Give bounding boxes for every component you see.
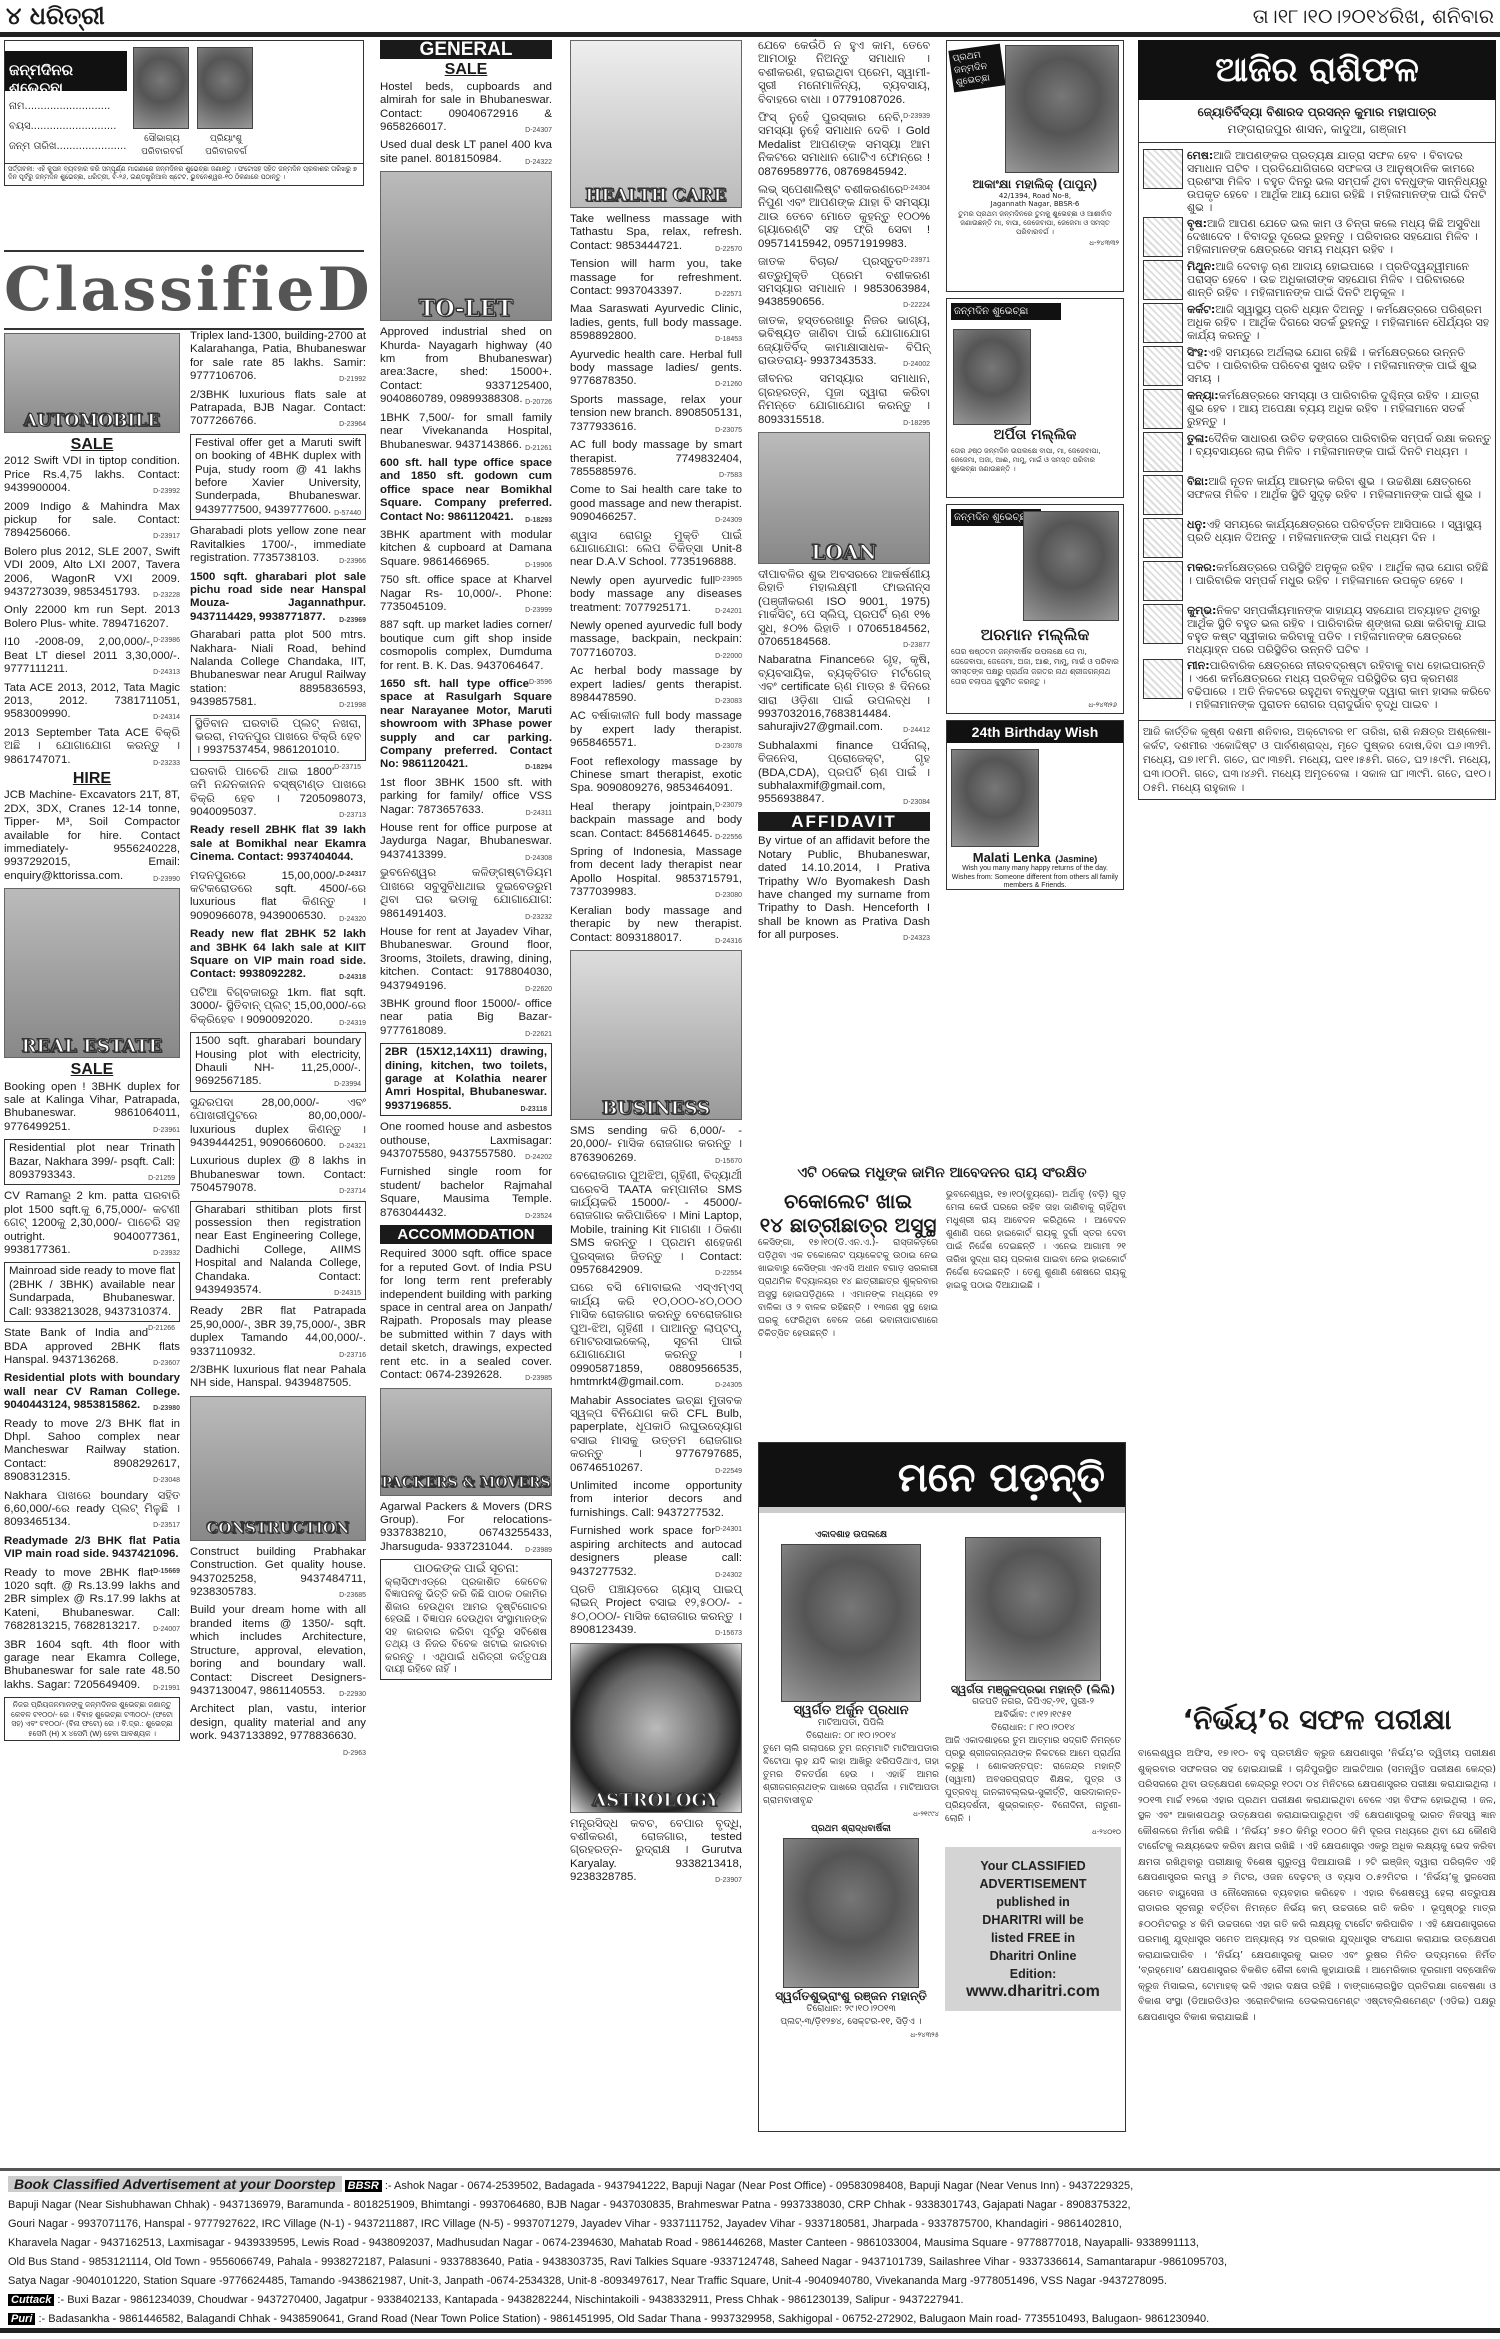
classified-ad: Ready to move 2/3 BHK flat in Dhpl. Saho… xyxy=(4,1418,180,1485)
classified-ad: Newly opened ayurvedic full body massage… xyxy=(570,620,742,660)
malati-heading: 24th Birthday Wish xyxy=(947,721,1123,743)
column-birthdays: ପ୍ରଥମ ଜନ୍ମଦିନ ଶୁଭେଚ୍ଛା ଆକାଂକ୍ଷା ମହାଲିକ୍ … xyxy=(946,40,1124,890)
ad-code: D-22554 xyxy=(715,1267,742,1280)
horoscope-section: ଆଜିର ରାଶିଫଳ ଜ୍ୟୋତିର୍ବିଦ୍ୟା ବିଶାରଦ ପ୍ରସନ୍… xyxy=(1138,40,1496,800)
rashi-text: ନିକଟ ସମ୍ପର୍କୀୟମାନଙ୍କ ସାହାଯ୍ୟ ସହଯୋଗ ଅବ୍ୟା… xyxy=(1187,604,1486,656)
madhu-bail-body: ଭୁବନେଶ୍ୱର, ୧୭।୧୦(ବ୍ୟୁରୋ)- ଅର୍ଥାବୃ (ବଡ଼ି)… xyxy=(946,1189,1126,1341)
ad-code: D-18453 xyxy=(715,333,742,346)
classified-ad: SMS sending କରି 6,000/- - 20,000/- ମାସିକ… xyxy=(570,1125,742,1165)
ad-code: D-21992 xyxy=(339,373,366,386)
obit-3-name: ସ୍ୱର୍ଗତଶୁଭ୍ରାଂଶୁ ରଞ୍ଜନ ମହାନ୍ତି xyxy=(763,1990,939,2003)
zodiac-sign-icon xyxy=(1143,475,1183,515)
zodiac-sign-icon xyxy=(1143,604,1183,644)
chocolate-body: କେସିଙ୍ଗା, ୧୭।୧୦(ଡି.ଏନ.ଏ.)- ରାସ୍ତାକଡ଼ରେ ପ… xyxy=(758,1237,938,1341)
classified-ad: Bolero plus 2012, SLE 2007, Swift VDI 20… xyxy=(4,546,180,600)
classified-ad: ବେରୋଜଗାର ପୁଅଝିଅ, ଗୃହିଣୀ, ବିଦ୍ୟାର୍ଥୀ ଘରେବ… xyxy=(570,1170,742,1277)
rashi-name: ଧନୁ: xyxy=(1187,518,1206,531)
zodiac-sign-icon xyxy=(1143,260,1183,300)
column-loan-affidavit: ଯେବେ କେଉଁଠି ନ ହୁଏ କାମ, ତେବେ ଆମଠାରୁ ନିଅନ୍… xyxy=(758,40,930,948)
realestate-banner-label: REAL ESTATE xyxy=(5,1040,179,1053)
classified-ad: 3BHK ground floor 15000/- office near pa… xyxy=(380,998,552,1038)
ad-code: D-24319 xyxy=(339,1017,366,1030)
ad-code: D-24314 xyxy=(153,711,180,724)
ad-text: ଶ୍ୱାସ ରୋଗରୁ ମୁକ୍ତି ପାଇଁ ଯୋଗାଯୋଗ: ଲେପ ଚିକ… xyxy=(570,530,742,569)
rashi-text: ଆଜି ଆପଣ ଯେତେ ଭଲ କାମ ଓ ଚିନ୍ତା କଲେ ମଧ୍ୟ କି… xyxy=(1187,217,1480,256)
header-rule xyxy=(0,32,1500,37)
ad-text: JCB Machine- Excavators 21T, 8T, 2DX, 3D… xyxy=(4,789,180,881)
rashi-item: ବିଛା:ଆଜି ନୂତନ କାର୍ଯ୍ୟ ଆରମ୍ଭ କରିବା ଶୁଭ । … xyxy=(1143,475,1491,515)
ad-text: ଦୀପାବଳିର ଶୁଭ ଅବସରରେ ଆକର୍ଷଣୀୟ ରିହାତି ମହାଲ… xyxy=(758,569,930,648)
ad-text: Architect plan, vastu, interior design, … xyxy=(190,1703,366,1742)
classified-ad: ଦୀପାବଳିର ଶୁଭ ଅବସରରେ ଆକର୍ଷଣୀୟ ରିହାତି ମହାଲ… xyxy=(758,569,930,649)
ad-code: D-24316 xyxy=(715,935,742,948)
bbsr-line: Ashok Nagar - 0674-2539502, Badagada - 9… xyxy=(394,2180,1133,2192)
astrology-banner-image: ASTROLOGY xyxy=(570,1643,742,1813)
ad-code: D-15673 xyxy=(715,1627,742,1640)
classified-ad: Construct building Prabhakar Constructio… xyxy=(190,1546,366,1600)
obit-2-birth: ଆବିର୍ଭାବ: ୯।୧୨।୧୯୫୧ xyxy=(945,1709,1121,1722)
rashi-item: ମୀନ:ପାରିବାରିକ କ୍ଷେତ୍ରରେ ନୀରବଦ୍ରଷ୍ଟା ରହିବ… xyxy=(1143,659,1491,711)
ad-text: Festival offer get a Maruti swift on boo… xyxy=(195,437,361,516)
birthday-card-arpita-tag: ଜନ୍ମଦିନ ଶୁଭେଚ୍ଛା xyxy=(951,303,1061,320)
classified-ad: Tata ACE 2013, 2012, Tata Magic 2013, 20… xyxy=(4,682,180,722)
malati-photo xyxy=(951,749,1039,847)
obit-2-photo xyxy=(965,1537,1101,1681)
classified-ad: Foot reflexology massage by Chinese smar… xyxy=(570,756,742,796)
malati-name: Malati Lenka xyxy=(973,850,1051,865)
classified-ad: 2/3BHK luxurious flats sale at Patrapada… xyxy=(190,389,366,429)
rashi-text: କର୍ମକ୍ଷେତ୍ରରେ ପରିସ୍ଥିତି ଅନୁକୂଳ ରହିବ । ଆର… xyxy=(1187,561,1488,587)
birthday-coupon: ଜନ୍ମଦିନର ଶୁଭେଚ୍ଛା ନାମ...................… xyxy=(4,40,364,186)
realestate-sale-heading: SALE xyxy=(4,1063,180,1076)
classified-ad: 1st floor 3BHK 1500 sft. with parking fo… xyxy=(380,777,552,817)
classified-ad: Used dual desk LT panel 400 kva site pan… xyxy=(380,139,552,166)
zodiac-sign-icon xyxy=(1143,518,1183,558)
promo-line: Your CLASSIFIED xyxy=(949,1857,1117,1875)
ad-code: D-23964 xyxy=(339,418,366,431)
classified-ad: 2BR (15X12,14X11) drawing, dining, kitch… xyxy=(380,1043,552,1116)
puri-line: Badasankha - 9861446582, Balagandi Chhak… xyxy=(48,2313,1209,2325)
ad-code: D-19906 xyxy=(525,559,552,572)
tolet-banner-image: TO-LET xyxy=(380,171,552,321)
ad-code: D-22930 xyxy=(339,1688,366,1701)
column-general: GENERAL SALE Hostel beds, cupboards and … xyxy=(380,40,552,1685)
classified-ad: Luxurious duplex @ 8 lakhs in Bhubaneswa… xyxy=(190,1155,366,1195)
cuttack-line: Buxi Bazar - 9861234039, Choudwar - 9437… xyxy=(67,2294,963,2306)
column-health-business: HEALTH CARE Take wellness massage with T… xyxy=(570,40,742,1890)
ad-code: D-23932 xyxy=(153,1247,180,1260)
ad-code: D-18295 xyxy=(903,417,930,430)
birthday-card-malati: 24th Birthday Wish Malati Lenka (Jasmine… xyxy=(946,720,1124,890)
obit-1-code: ଧ-୨୧୯୯୪ xyxy=(763,1808,939,1821)
first-birthday-address-2: Jagannath Nagar, BBSR-6 xyxy=(947,200,1123,208)
ad-code: D-21991 xyxy=(153,1682,180,1695)
ad-text: Nabaratna Financeରେ ଗୃହ, କୃଷି, ବ୍ୟବସାୟିକ… xyxy=(758,654,930,733)
rashi-text: ଦୈନିକ ସାଧାରଣ ଉଚିତ ଢଙ୍ଗରେ ପାରିବାରିକ ସମ୍ପର… xyxy=(1187,432,1491,458)
bbsr-line: Gouri Nagar - 9937071176, Hanspal - 9777… xyxy=(8,2215,1492,2234)
construction-banner-image: CONSTRUCTION xyxy=(190,1396,366,1541)
ad-code: D-23716 xyxy=(339,1349,366,1362)
ad-code: D-24311 xyxy=(526,807,552,820)
classified-ad: ଜୀବନର ସମସ୍ୟାର ସମାଧାନ, ଗ୍ରହରତ୍ନ, ପୂଜା ଦ୍ୱ… xyxy=(758,373,930,427)
promo-line: DHARITRI will be xyxy=(949,1911,1117,1929)
ad-code: D-23078 xyxy=(715,740,742,753)
classified-ad: Festival offer get a Maruti swift on boo… xyxy=(190,434,366,520)
ad-code: D-22000 xyxy=(715,650,742,663)
ad-code: D-23961 xyxy=(153,1124,180,1137)
rashi-item: କୁମ୍ଭ:ନିକଟ ସମ୍ପର୍କୀୟମାନଙ୍କ ସାହାଯ୍ୟ ସହଯୋଗ… xyxy=(1143,604,1491,656)
ad-code: D-23986 xyxy=(153,634,180,647)
loan-banner-label: LOAN xyxy=(759,546,929,559)
ad-code: D-23118 xyxy=(521,1103,547,1116)
classified-logo: ClassifieD xyxy=(4,250,364,330)
first-birthday-card: ପ୍ରଥମ ଜନ୍ମଦିନ ଶୁଭେଚ୍ଛା ଆକାଂକ୍ଷା ମହାଲିକ୍ … xyxy=(946,40,1124,292)
classified-ad: 1BHK 7,500/- for small family near Vivek… xyxy=(380,412,552,452)
classified-ad: Hostel beds, cupboards and almirah for s… xyxy=(380,81,552,135)
classified-ad: Subhalaxmi finance ପର୍ସନାଲ୍, ବିଜନେସ, ପ୍ର… xyxy=(758,740,930,807)
rashi-name: ତୁଳା: xyxy=(1187,432,1209,445)
date-line: ତା।୧୮।୧୦।୨୦୧୪ରିଖ, ଶନିବାର xyxy=(1253,4,1494,28)
classified-ad: 3BR 1604 sqft. 4th floor with garage nea… xyxy=(4,1639,180,1693)
packers-banner-label: PACKERS & MOVERS xyxy=(381,1477,551,1490)
automobile-banner-label: AUTOMOBILE xyxy=(5,415,179,428)
promo-line: Dharitri Online xyxy=(949,1947,1117,1965)
classified-ad: 887 sqft. up market ladies corner/ bouti… xyxy=(380,619,552,673)
ad-code: D-24315 xyxy=(334,1287,361,1300)
ad-code: D-23917 xyxy=(153,530,180,543)
classified-ad: Ready new flat 2BHK 52 lakh and 3BHK 64 … xyxy=(190,928,366,982)
ad-code: D-24323 xyxy=(903,932,930,945)
ad-text: AC full body massage by smart therapist.… xyxy=(570,439,742,478)
classified-ad: Spring of Indonesia, Massage from decent… xyxy=(570,846,742,900)
ad-text: 887 sqft. up market ladies corner/ bouti… xyxy=(380,619,552,671)
classified-ad: 2/3BHK luxurious flat near Pahala NH sid… xyxy=(190,1364,366,1391)
classified-ad: Mahabir Associates ଇଚ୍ଛା ମୁତାବକ ସ୍ୱଳ୍ପ ବ… xyxy=(570,1395,742,1475)
ad-code: D-23079 xyxy=(715,799,742,812)
ad-code: D-21998 xyxy=(339,699,366,712)
ad-code: D-23083 xyxy=(715,695,742,708)
ad-code: D-24304 xyxy=(903,182,930,195)
ad-text: Ready resell 2BHK flat 39 lakh sale at B… xyxy=(190,824,366,863)
classified-ad: ସୁନ୍ଦରପଦା 28,00,000/- ଏବଂ ପୋଖରୀପୁଟରେ 80,… xyxy=(190,1097,366,1151)
classified-ad: 600 sft. hall type office space and 1850… xyxy=(380,457,552,524)
business-banner-image: BUSINESS xyxy=(570,950,742,1120)
rashi-name: କୁମ୍ଭ: xyxy=(1187,604,1216,617)
ad-code: D-15669 xyxy=(153,1565,180,1578)
zodiac-sign-icon xyxy=(1143,217,1183,257)
ad-code: D-22620 xyxy=(525,983,552,996)
classified-ad: Readymade 2/3 BHK flat Patia VIP main ro… xyxy=(4,1535,180,1562)
ad-code: D-23980 xyxy=(153,1402,180,1415)
classified-ad: Tension will harm you, take massage for … xyxy=(570,258,742,298)
rashi-name: ବିଛା: xyxy=(1187,475,1208,488)
rashi-name: କର୍କଟ: xyxy=(1187,303,1215,316)
classified-ad: ଶ୍ୱାସ ରୋଗରୁ ମୁକ୍ତି ପାଇଁ ଯୋଗାଯୋଗ: ଲେପ ଚିକ… xyxy=(570,530,742,570)
obit-3-code: ଧ-୨୪୩୨୫ xyxy=(763,2029,939,2042)
obit-1-name: ସ୍ୱର୍ଗତ ଅର୍ଜୁନ ପ୍ରଧାନ xyxy=(763,1704,939,1717)
reader-notice-body: କ୍ଲାସିଫାଏଡ୍‌ରେ ପ୍ରକାଶିତ କେତେକ ବିଜ୍ଞାପନକୁ… xyxy=(385,1577,547,1677)
rashi-item: ତୁଳା:ଦୈନିକ ସାଧାରଣ ଉଚିତ ଢଙ୍ଗରେ ପାରିବାରିକ … xyxy=(1143,432,1491,472)
bbsr-line: Satya Nagar -9040101220, Station Square … xyxy=(8,2272,1492,2291)
ad-code: D-3596 xyxy=(529,676,552,689)
arpita-photo xyxy=(953,329,1031,425)
classified-ad: 2012 Swift VDI in tiptop condition. Pric… xyxy=(4,455,180,495)
ad-code: D-24202 xyxy=(525,1151,552,1164)
coupon-dob-field[interactable]: ଜନ୍ମ ତାରିଖ...................... xyxy=(9,137,126,157)
classified-ad: ଘରେ ବସି ମୋବାଇଲ ଏସ୍ଏମ୍ଏସ୍ କାର୍ଯ୍ୟ କରି ୧୦,… xyxy=(570,1282,742,1389)
promo-line: Edition: xyxy=(949,1965,1117,1983)
coupon-name-field[interactable]: ନାମ........................... xyxy=(9,97,126,117)
chocolate-headline-1: ଚକୋଲେଟ ଖାଇ xyxy=(758,1189,938,1213)
footer-rule xyxy=(0,2328,1500,2333)
ad-code: D-23966 xyxy=(339,555,366,568)
ad-code: D-23969 xyxy=(339,614,366,627)
classified-ad: AC ବର୍ଷାକାଳୀନ full body massage by exper… xyxy=(570,710,742,750)
classified-ad: Only 22000 km run Sept. 2013 Bolero Plus… xyxy=(4,604,180,631)
rashi-name: ମେଷ: xyxy=(1187,149,1213,162)
malati-nickname: (Jasmine) xyxy=(1055,854,1097,864)
ad-code: D-24313 xyxy=(153,666,180,679)
arman-photo xyxy=(1023,511,1119,621)
ad-code: D-23965 xyxy=(715,573,742,586)
ad-text: ସ୍ଥିତିବାନ ଘରବାରି ପ୍ଲଟ୍ ନଖରା, ଭରରା, ମଦନପୁ… xyxy=(195,718,361,757)
ad-code: D-23985 xyxy=(525,1372,552,1385)
arpita-message: ତୋର ୬ଷ୍ଠ ଜନ୍ମଦିନ ଉପଲକ୍ଷେ ବାପା, ମା, ଜେଜେବ… xyxy=(951,447,1119,474)
classified-ad: Mainroad side ready to move flat (2BHK /… xyxy=(4,1262,180,1322)
obit-2-name: ସ୍ୱର୍ଗତା ମଞ୍ଜୁଳପ୍ରଭା ମହାନ୍ତି (ଲିଲି) xyxy=(945,1683,1121,1696)
ad-text: ବେରୋଜଗାର ପୁଅଝିଅ, ଗୃହିଣୀ, ବିଦ୍ୟାର୍ଥୀ ଘରେବ… xyxy=(570,1170,742,1276)
coupon-age-field[interactable]: ବୟସ........................... xyxy=(9,117,126,137)
classified-ad: Triplex land-1300, building-2700 at Kala… xyxy=(190,330,366,384)
ad-code: D-23992 xyxy=(153,485,180,498)
horoscope-title: ଆଜିର ରାଶିଫଳ xyxy=(1138,40,1496,100)
rashi-item: ଧନୁ:ଏହି ସମୟରେ କାର୍ଯ୍ୟକ୍ଷେତ୍ରରେ ପରିବର୍ତ୍ତ… xyxy=(1143,518,1491,558)
online-promo-box: Your CLASSIFIED ADVERTISEMENT published … xyxy=(945,1847,1121,2011)
classified-ad: 1650 sft. hall type office space at Rasu… xyxy=(380,678,552,772)
ad-code: D-2963 xyxy=(343,1747,366,1760)
construction-banner-label: CONSTRUCTION xyxy=(191,1522,365,1535)
classified-ad: 2013 September Tata ACE ବିକ୍ରି ଅଛି । ଯୋଗ… xyxy=(4,727,180,767)
rashi-text: ଆଜି ନୂତନ କାର୍ଯ୍ୟ ଆରମ୍ଭ କରିବା ଶୁଭ । ଉଚ୍ଚଶ… xyxy=(1187,475,1481,501)
first-birthday-photo xyxy=(1005,45,1119,173)
greeting-rates-notice: ନିଜର ପ୍ରିୟଜନମାନଙ୍କୁ ଜନ୍ମଦିନର ଶୁଭେଚ୍ଛା ଜଣ… xyxy=(4,1697,180,1741)
nirbhay-headline: ‘ନିର୍ଭୟ’ର ସଫଳ ପରୀକ୍ଷା xyxy=(1138,1700,1496,1740)
ad-code: D-18293 xyxy=(525,514,552,527)
classified-ad: Booking open ! 3BHK duplex for sale at K… xyxy=(4,1081,180,1135)
zodiac-sign-icon xyxy=(1143,389,1183,429)
classified-ad: ସ୍ଥିତିବାନ ଘରବାରି ପ୍ଲଟ୍ ନଖରା, ଭରରା, ମଦନପୁ… xyxy=(190,715,366,761)
ad-code: D-22224 xyxy=(903,299,930,312)
classified-ad: Take wellness massage with Tathastu Spa,… xyxy=(570,213,742,253)
ad-code: D-21266 xyxy=(148,1322,175,1335)
dharitri-url-link[interactable]: www.dharitri.com xyxy=(949,1983,1117,2001)
classified-ad: ପ୍ରତି ପଞ୍ଚାୟତରେ ଗ୍ୟାସ୍ ପାଇପ୍ ଲାଇନ୍ Proje… xyxy=(570,1584,742,1638)
ad-code: D-23999 xyxy=(525,604,552,617)
ad-code: D-21259 xyxy=(148,1172,175,1185)
classified-ad: Furnished single room for student/ bache… xyxy=(380,1166,552,1220)
chocolate-headline-2: ୧୪ ଛାତ୍ରୀଛାତ୍ର ଅସୁସ୍ଥ xyxy=(758,1213,938,1237)
obit-3-death: ତିରୋଧାନ: ୨୯।୧୦।୨୦୧୩ xyxy=(763,2003,939,2016)
coupon-terms: ସର୍ତ୍ତାବଳୀ: ଏହି କୁପନ ବ୍ୟବହାର କରି ସମ୍ପୂର୍… xyxy=(5,163,363,182)
reader-notice-title: ପାଠକଙ୍କ ପାଇଁ ସୂଚନା: xyxy=(385,1562,547,1575)
ad-code: D-15670 xyxy=(715,1155,742,1168)
rashi-name: ସିଂହ: xyxy=(1187,346,1208,359)
classified-ad: 1500 sqft. gharabari boundary Housing pl… xyxy=(190,1032,366,1092)
ad-code: D-23907 xyxy=(715,1874,742,1887)
child-photo-1 xyxy=(133,47,189,129)
classified-ad: Sports massage, relax your tension new b… xyxy=(570,394,742,434)
bbsr-line: Kharavela Nagar - 9437162513, Laxmisagar… xyxy=(8,2234,1492,2253)
ad-code: D-21260 xyxy=(715,378,742,391)
obit-2-message: ଆଜି ଏକାଦଶାହରେ ତୁମ ଆତ୍ମାର ସଦ୍‌ଗତି ନିମନ୍ତେ… xyxy=(945,1735,1121,1826)
ad-code: D-22621 xyxy=(525,1028,552,1041)
classified-ad: JCB Machine- Excavators 21T, 8T, 2DX, 3D… xyxy=(4,789,180,883)
ad-code: D-21261 xyxy=(525,442,552,455)
ad-text: 2/3BHK luxurious flat near Pahala NH sid… xyxy=(190,1364,366,1389)
ad-code: D-23877 xyxy=(903,639,930,652)
ad-text: By virtue of an affidavit before the Not… xyxy=(758,835,930,941)
ad-code: D-23715 xyxy=(334,761,361,774)
general-heading: GENERAL xyxy=(380,40,552,59)
arman-message: ତୋର ଷଷ୍ଠତମ ଜନ୍ମବାର୍ଷିକ ଉପଲକ୍ଷେ ତୋ ମା, ଜେ… xyxy=(951,647,1119,687)
bbsr-line: Bapuji Nagar (Near Sishubhawan Chhak) - … xyxy=(8,2196,1492,2215)
ad-code: D-23080 xyxy=(715,889,742,902)
zodiac-sign-icon xyxy=(1143,561,1183,601)
classified-ad: 750 sft. office space at Kharvel Nagar R… xyxy=(380,574,552,614)
ad-code: D-23232 xyxy=(525,911,552,924)
rashi-item: କନ୍ୟା:କର୍ମକ୍ଷେତ୍ରରେ ସମସ୍ୟା ଓ ପାରିବାରିକ ଦ… xyxy=(1143,389,1491,429)
classified-ad: ଭୁବନେଶ୍ୱର କଳିଙ୍ଗଷ୍ଟାଡିୟମ ପାଖରେ ସବୁସୁବିଧା… xyxy=(380,867,552,921)
ad-text: 1650 sft. hall type office space at Rasu… xyxy=(380,678,552,770)
footer-title: Book Classified Advertisement at your Do… xyxy=(8,2176,342,2192)
obit-2-place: ଗଜପତି ନଗର, ଜିପିଏଚ୍-୨୧, ପୁରୀ-୨ xyxy=(945,1696,1121,1709)
ad-code: D-24320 xyxy=(339,913,366,926)
classified-ad: Build your dream home with all branded i… xyxy=(190,1604,366,1698)
classified-ad: Come to Sai health care take to good mas… xyxy=(570,484,742,524)
ad-code: D-24002 xyxy=(903,358,930,371)
ad-code: D-23048 xyxy=(153,1474,180,1487)
obit-1-place: ମାଟିଆପଡା, ପିପିଲି xyxy=(763,1717,939,1730)
obit-1-photo xyxy=(781,1544,921,1702)
news-chocolate: ଏଟି ଠକେଇ ମଧୁଙ୍କ ଜାମିନ ଆବେଦନର ରାୟ ସଂରକ୍ଷି… xyxy=(758,1165,1126,1341)
promo-line: listed FREE in xyxy=(949,1929,1117,1947)
obit-3-occasion: ପ୍ରଥମ ଶ୍ରାଦ୍ଧବାର୍ଷିକୀ xyxy=(763,1823,939,1836)
ad-code: D-24321 xyxy=(339,1140,366,1153)
classified-ad: 1500 sqft. gharabari plot sale pichu roa… xyxy=(190,571,366,625)
coupon-title: ଜନ୍ମଦିନର ଶୁଭେଚ୍ଛା xyxy=(5,51,127,91)
ad-code: D-23524 xyxy=(525,1210,552,1223)
ad-code: D-23084 xyxy=(903,796,930,809)
ad-code: D-24317 xyxy=(339,868,366,881)
ad-code: D-23994 xyxy=(334,1078,361,1091)
classified-ad: AC full body massage by smart therapist.… xyxy=(570,439,742,479)
ad-code: D-23607 xyxy=(153,1357,180,1370)
rashi-text: ଆଜି ଆପଣଙ୍କର ପ୍ରତ୍ୟକ୍ଷ ଯାତ୍ରା ସଫଳ ହେବ । ବ… xyxy=(1187,149,1487,214)
child-photo-2 xyxy=(197,47,253,129)
ad-text: ଯେବେ କେଉଁଠି ନ ହୁଏ କାମ, ତେବେ ଆମଠାରୁ ନିଅନ୍… xyxy=(758,40,930,106)
astrology-banner-label: ASTROLOGY xyxy=(571,1794,741,1807)
astrologer-place: ମଙ୍ଗରାଜପୁର ଶାସନ, କାଦୁଆ, ଗଞ୍ଜାମ xyxy=(1143,121,1491,138)
first-birthday-address-1: 42/1394, Road No-8, xyxy=(947,192,1123,200)
ad-code: D-23075 xyxy=(715,424,742,437)
classified-ad: Gharabari patta plot 500 mtrs. Nakhara- … xyxy=(190,629,366,709)
rashi-item: ମକର:କର୍ମକ୍ଷେତ୍ରରେ ପରିସ୍ଥିତି ଅନୁକୂଳ ରହିବ … xyxy=(1143,561,1491,601)
ad-text: Gharabari sthitiban plots first possessi… xyxy=(195,1204,361,1296)
column-automobile-realestate: AUTOMOBILE SALE 2012 Swift VDI in tiptop… xyxy=(4,333,180,1746)
ad-text: Approved industrial shed on Khurda- Naya… xyxy=(380,326,552,405)
ad-code: D-24309 xyxy=(715,514,742,527)
child-name-1: ସୌଭାଗ୍ୟ xyxy=(129,133,195,146)
obituary-banner: ମନେ ପଡ଼ନ୍ତି xyxy=(759,1443,1125,1513)
ad-code: D-23685 xyxy=(339,1589,366,1602)
healthcare-banner-label: HEALTH CARE xyxy=(571,190,741,203)
reader-notice: ପାଠକଙ୍କ ପାଇଁ ସୂଚନା: କ୍ଲାସିଫାଏଡ୍‌ରେ ପ୍ରକା… xyxy=(380,1559,552,1680)
zodiac-sign-icon xyxy=(1143,149,1183,189)
arpita-name: ଅର୍ପିତା ମଲ୍ଲିକ xyxy=(947,427,1123,443)
ad-code: D-24007 xyxy=(153,1623,180,1636)
automobile-sale-heading: SALE xyxy=(4,438,180,451)
arman-name: ଅରମାନ ମଲ୍ଲିକ xyxy=(947,625,1123,645)
rashi-text: ଆଜି ଦେବାଳୁ ଋଣ ଆଦାୟ ହୋଇପାରେ । ପ୍ରତିଦ୍ୱନ୍ଦ… xyxy=(1187,260,1469,299)
ad-code: D-23989 xyxy=(525,1544,552,1557)
classified-ad: 3BHK apartment with modular kitchen & cu… xyxy=(380,529,552,569)
ad-code: D-23713 xyxy=(339,809,366,822)
horoscope-byline: ଜ୍ୟୋତିର୍ବିଦ୍ୟା ବିଶାରଦ ପ୍ରସନ୍ନ କୁମାର ମହାପ… xyxy=(1138,100,1496,143)
first-birthday-message: ତୁମର ପ୍ରଥମ ଜନ୍ମଦିନରେ ତୁମକୁ ଶୁଭେଚ୍ଛା ଓ ଆଶ… xyxy=(947,208,1123,239)
classified-ad: Approved industrial shed on Khurda- Naya… xyxy=(380,326,552,406)
classified-ad: Residential plots with boundary wall nea… xyxy=(4,1372,180,1412)
ad-code: D-24412 xyxy=(903,724,930,737)
accommodation-heading: ACCOMMODATION xyxy=(380,1225,552,1244)
ad-code: D-23517 xyxy=(153,1519,180,1532)
ad-code: D-24308 xyxy=(525,852,552,865)
rashi-name: ମୀନ: xyxy=(1187,659,1210,672)
ad-code: D-22570 xyxy=(715,243,742,256)
bbsr-tag: BBSR xyxy=(345,2180,382,2192)
zodiac-sign-icon xyxy=(1143,303,1183,343)
classified-ad: Ready 2BR flat Patrapada 25,90,000/-, 3B… xyxy=(190,1305,366,1359)
first-birthday-code: ଧ-୨୪୩୩୨ xyxy=(947,239,1123,248)
classified-ad: Architect plan, vastu, interior design, … xyxy=(190,1703,366,1743)
rashi-name: ବୃଷ: xyxy=(1187,217,1207,230)
ad-code: D-22556 xyxy=(715,831,742,844)
automobile-hire-heading: HIRE xyxy=(4,772,180,785)
child-family-1: ପରିବାରବର୍ଗ xyxy=(129,146,195,159)
footer-booking-centers: Book Classified Advertisement at your Do… xyxy=(0,2168,1500,2328)
obit-2-code: ଧ-୨୪୦୧୦ xyxy=(945,1826,1121,1839)
ad-text: Mahabir Associates ଇଚ୍ଛା ମୁତାବକ ସ୍ୱଳ୍ପ ବ… xyxy=(570,1395,742,1474)
rashi-text: ପାରିବାରିକ କ୍ଷେତ୍ରରେ ନୀରବଦ୍ରଷ୍ଟା ରହିବାକୁ … xyxy=(1187,659,1491,711)
ad-code: D-20726 xyxy=(525,396,552,409)
classified-ad: Maa Saraswati Ayurvedic Clinic, ladies, … xyxy=(570,303,742,343)
ad-code: D-23939 xyxy=(903,110,930,123)
classified-ad: Gharabari sthitiban plots first possessi… xyxy=(190,1201,366,1301)
almanac: ଆଜି କାର୍ତ୍ତିକ କୃଷ୍ଣ ଦଶମୀ ଶନିବାର, ଅକ୍ଟୋବର… xyxy=(1138,721,1496,800)
birthday-card-arpita: ଜନ୍ମଦିନ ଶୁଭେଚ୍ଛା ଅର୍ପିତା ମଲ୍ଲିକ ତୋର ୬ଷ୍ଠ… xyxy=(946,298,1124,498)
rashi-item: ମେଷ:ଆଜି ଆପଣଙ୍କର ପ୍ରତ୍ୟକ୍ଷ ଯାତ୍ରା ସଫଳ ହେବ… xyxy=(1143,149,1491,214)
classified-ad: ଯେବେ କେଉଁଠି ନ ହୁଏ କାମ, ତେବେ ଆମଠାରୁ ନିଅନ୍… xyxy=(758,40,930,107)
classified-ad: House for rent at Jayadev Vihar, Bhubane… xyxy=(380,926,552,993)
puri-tag: Puri xyxy=(8,2313,35,2325)
arman-code: ଧ-୨୪୩୨୬ xyxy=(1088,701,1117,710)
classified-ad: Nakhara ପାଖରେ boundary ସହିତ 6,60,000/-ରେ… xyxy=(4,1490,180,1530)
obit-3-address: ପ୍ଲଟ୍-୩/ଡ଼ି୧୨୭୪, ସେକ୍ଟର-୧୧, ସିଡ଼ିଏ । xyxy=(763,2016,939,2029)
rashi-text: ଆଜି ସ୍ୱାସ୍ଥ୍ୟ ପ୍ରତି ଧ୍ୟାନ ଦିଅନ୍ତୁ । କର୍ମ… xyxy=(1187,303,1489,342)
column-realestate-2: Triplex land-1300, building-2700 at Kala… xyxy=(190,330,366,1760)
classified-ad: Agarwal Packers & Movers (DRS Group). Fo… xyxy=(380,1501,552,1555)
birthday-card-arman: ଜନ୍ମଦିନ ଶୁଭେଚ୍ଛା ଅରମାନ ମଲ୍ଲିକ ତୋର ଷଷ୍ଠତମ… xyxy=(946,504,1124,714)
rashi-list: ମେଷ:ଆଜି ଆପଣଙ୍କର ପ୍ରତ୍ୟକ୍ଷ ଯାତ୍ରା ସଫଳ ହେବ… xyxy=(1138,143,1496,721)
